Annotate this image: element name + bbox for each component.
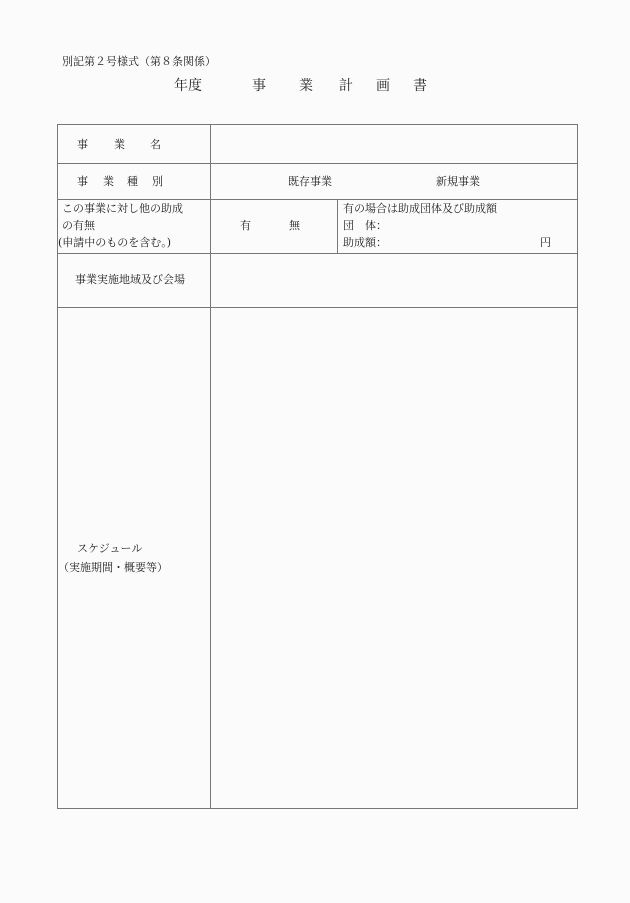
option-existing-project[interactable]: 既存事業 [288,173,332,190]
label-schedule-sub: （実施期間・概要等） [58,559,168,576]
label-other-subsidy-line3: (申請中のものを含む。) [58,234,171,251]
row-divider [57,253,578,254]
subsidy-amount-label: 助成額： [343,234,387,251]
title-char: 事 [252,75,266,95]
table-border-left [57,124,58,809]
table-border-top [57,124,578,125]
project-name-field[interactable] [212,126,576,162]
label-other-subsidy-line2: の有無 [62,217,95,234]
title-year: 年度 [174,75,202,95]
option-new-project[interactable]: 新規事業 [436,173,480,190]
title-char: 業 [299,75,313,95]
column-divider [210,124,211,809]
table-border-bottom [57,808,578,809]
choice-yes[interactable]: 有 [240,217,251,234]
subsidy-amount-unit: 円 [540,234,551,251]
subcolumn-divider [337,199,338,253]
label-project-type-char: 業 [103,173,114,190]
row-divider [57,163,578,164]
label-project-name-char: 業 [114,136,125,153]
label-project-name-char: 名 [150,136,161,153]
title-char: 計 [339,75,353,95]
schedule-field[interactable] [212,309,576,807]
table-border-right [577,124,578,809]
label-project-type-char: 種 [127,173,138,190]
area-venue-field[interactable] [212,255,576,306]
subsidy-detail-heading: 有の場合は助成団体及び助成額 [343,200,497,217]
form-reference: 別記第２号様式（第８条関係） [62,53,216,69]
label-project-type-char: 別 [152,173,163,190]
label-other-subsidy-line1: この事業に対し他の助成 [62,200,183,217]
row-divider [57,307,578,308]
label-schedule: スケジュール [77,540,142,557]
title-char: 画 [376,75,390,95]
label-area-venue: 事業実施地域及び会場 [75,271,185,288]
choice-no[interactable]: 無 [289,217,300,234]
label-project-type-char: 事 [77,173,88,190]
label-project-name-char: 事 [77,136,88,153]
subsidy-group-label: 団 体： [343,217,387,234]
title-char: 書 [413,75,427,95]
